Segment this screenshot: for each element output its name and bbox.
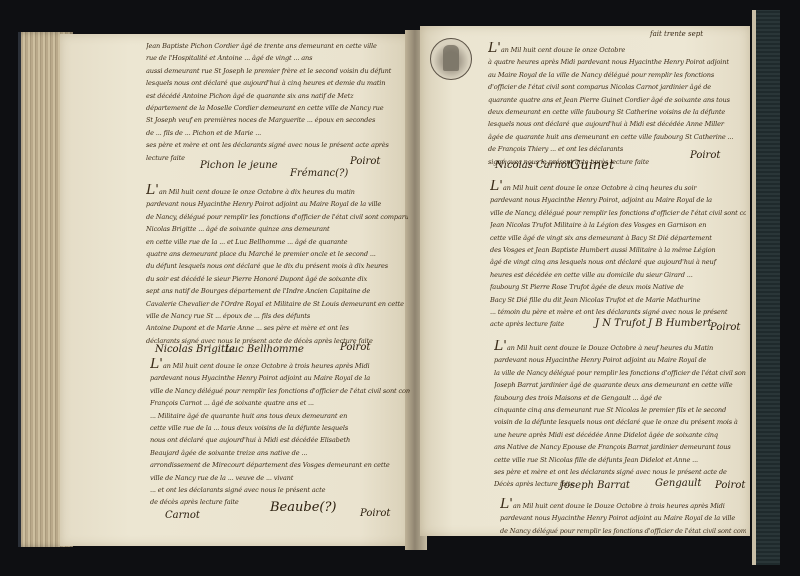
text-line: L'an Mil huit cent douze le onze Octobre… <box>150 358 410 372</box>
text-line: ... et ont les déclarants signé avec nou… <box>150 484 410 496</box>
text-line: cette ville rue St Nicolas fille de défu… <box>494 454 746 466</box>
text-line: heures est décédée en cette ville au dom… <box>490 269 746 281</box>
text-line: de Nancy, délégué pour remplir les fonct… <box>146 211 408 223</box>
signature: Carnot <box>165 510 200 521</box>
signature: Poirot <box>715 480 745 491</box>
signature: Nicolas Brigitte <box>155 344 235 355</box>
left-entry-1: Jean Baptiste Pichon Cordier âgé de tren… <box>146 40 408 164</box>
text-line: ville de Nancy délégué pour remplir les … <box>150 385 410 397</box>
text-line: en cette ville rue de la ... et Luc Bell… <box>146 236 408 248</box>
text-line: Jean Nicolas Trufot Militaire à la Légio… <box>490 219 746 231</box>
text-line: du défunt lesquels nous ont déclaré que … <box>146 260 408 272</box>
signature: Pichon le jeune <box>200 160 278 171</box>
text-line: St Joseph veuf en premières noces de Mar… <box>146 114 408 126</box>
signature: Joseph Barrat <box>560 480 630 491</box>
left-entry-3: L'an Mil huit cent douze le onze Octobre… <box>150 358 410 509</box>
text-line: quatre ans demeurant place du Marché le … <box>146 248 408 260</box>
text-line: ville de Nancy rue St ... époux de ... f… <box>146 310 408 322</box>
signature: J B Humbert <box>648 318 711 329</box>
text-line: pardevant nous Hyacinthe Henry Poirot ad… <box>146 198 408 210</box>
text-line: L'an Mil huit cent douze le Douze Octobr… <box>494 340 746 354</box>
text-line: ... témoin du père et mère et ont les dé… <box>490 306 746 318</box>
text-line: rue de l'Hospitalité et Antoine ... âgé … <box>146 52 408 64</box>
signature: Poirot <box>340 342 370 353</box>
text-line: département de la Moselle Cordier demeur… <box>146 102 408 114</box>
text-line: nous ont déclaré que aujourd'hui à Midi … <box>150 434 410 446</box>
text-line: ville de Nancy rue de la ... veuve de ..… <box>150 472 410 484</box>
text-line: des Vosges et Jean Baptiste Humbert auss… <box>490 244 746 256</box>
text-line: d'officier de l'état civil sont comparus… <box>488 81 746 93</box>
left-entry-2: L'an Mil huit cent douze le onze Octobre… <box>146 184 408 347</box>
text-line: lesquels nous ont déclaré que aujourd'hu… <box>488 118 746 130</box>
text-line: ... Militaire âgé de quarante huit ans t… <box>150 410 410 422</box>
text-line: L'an Mil huit cent douze le Douze Octobr… <box>500 498 746 512</box>
text-line: faubourg des trois Maisons et de Gengaul… <box>494 392 746 404</box>
text-line: ville de Nancy, délégué pour remplir les… <box>490 207 746 219</box>
text-line: de Nancy délégué pour remplir les foncti… <box>500 525 746 537</box>
text-line: cette ville rue de la ... tous deux vois… <box>150 422 410 434</box>
text-line: du soir est décédé le sieur Pierre Honor… <box>146 273 408 285</box>
text-line: pardevant nous Hyacinthe Henry Poirot, a… <box>490 194 746 206</box>
text-line: L'an Mil huit cent douze le onze Octobre… <box>490 180 746 194</box>
right-entry-4: L'an Mil huit cent douze le Douze Octobr… <box>500 498 746 537</box>
text-line: sept ans natif de Bourges département de… <box>146 285 408 297</box>
text-line: âgée de quarante huit ans demeurant en c… <box>488 131 746 143</box>
text-line: Bacy St Dié fille du dit Jean Nicolas Tr… <box>490 294 746 306</box>
text-line: aussi demeurant rue St Joseph le premier… <box>146 65 408 77</box>
text-line: quarante quatre ans et Jean Pierre Guine… <box>488 94 746 106</box>
text-line: de ... fils de ... Pichon et de Marie ..… <box>146 127 408 139</box>
text-line: Beaujard âgée de soixante treize ans nat… <box>150 447 410 459</box>
text-line: ses père et mère et ont les déclarants s… <box>146 139 408 151</box>
text-line: âgé de vingt cinq ans lesquels nous ont … <box>490 256 746 268</box>
signature: Poirot <box>360 508 390 519</box>
text-line: ses père et mère et ont les déclarants s… <box>494 466 746 478</box>
signature: Frémanc(?) <box>290 168 348 179</box>
text-line: pardevant nous Hyacinthe Henry Poirot ad… <box>500 512 746 524</box>
text-line: cinquante cinq ans demeurant rue St Nico… <box>494 404 746 416</box>
text-line: pardevant nous Hyacinthe Henry Poirot ad… <box>494 354 746 366</box>
text-line: au Maire Royal de la ville de Nancy délé… <box>488 69 746 81</box>
text-line: à quatre heures après Midi pardevant nou… <box>488 56 746 68</box>
text-line: faubourg St Pierre Rose Trufot âgée de d… <box>490 281 746 293</box>
text-line: Antoine Dupont et de Marie Anne ... ses … <box>146 322 408 334</box>
text-line: Nicolas Brigitte ... âgé de soixante qui… <box>146 223 408 235</box>
signature: Gengault <box>655 478 701 489</box>
text-line: cette ville âgé de vingt six ans demeura… <box>490 232 746 244</box>
marginal-note: fait trente sept <box>650 30 703 38</box>
right-entry-2: L'an Mil huit cent douze le onze Octobre… <box>490 180 746 331</box>
text-line: arrondissement de Mirecourt département … <box>150 459 410 471</box>
signature: Guinet <box>570 158 614 173</box>
book-cover-edge <box>752 10 780 565</box>
signature: Poirot <box>710 322 740 333</box>
signature: Luc Bellhomme <box>225 344 304 355</box>
text-line: ans Native de Nancy Epouse de François B… <box>494 441 746 453</box>
seal-stamp-icon <box>430 38 472 80</box>
text-line: François Carnot ... âgé de soixante quat… <box>150 397 410 409</box>
text-line: est décédé Antoine Pichon âgé de quarant… <box>146 90 408 102</box>
open-register-book: fait trente sept Jean Baptiste Pichon Co… <box>0 0 800 576</box>
signature: J N Trufot <box>595 318 646 329</box>
text-line: une heure après Midi est décédée Anne Di… <box>494 429 746 441</box>
text-line: Cavalerie Chevalier de l'Ordre Royal et … <box>146 298 408 310</box>
text-line: deux demeurant en cette ville faubourg S… <box>488 106 746 118</box>
text-line: L'an Mil huit cent douze le onze Octobre… <box>146 184 408 198</box>
text-line: Joseph Barrat jardinier âgé de quarante … <box>494 379 746 391</box>
text-line: lesquels nous ont déclaré que aujourd'hu… <box>146 77 408 89</box>
text-line: L'an Mil huit cent douze le onze Octobre <box>488 42 746 56</box>
signature: Poirot <box>690 150 720 161</box>
text-line: voisin de la défunte lesquels nous ont d… <box>494 416 746 428</box>
text-line: la ville de Nancy délégué pour remplir l… <box>494 367 746 379</box>
signature: Nicolas Carnot <box>495 160 571 171</box>
signature: Poirot <box>350 156 380 167</box>
text-line: Jean Baptiste Pichon Cordier âgé de tren… <box>146 40 408 52</box>
right-entry-3: L'an Mil huit cent douze le Douze Octobr… <box>494 340 746 491</box>
signature: Beaube(?) <box>270 500 337 515</box>
text-line: pardevant nous Hyacinthe Henry Poirot ad… <box>150 372 410 384</box>
